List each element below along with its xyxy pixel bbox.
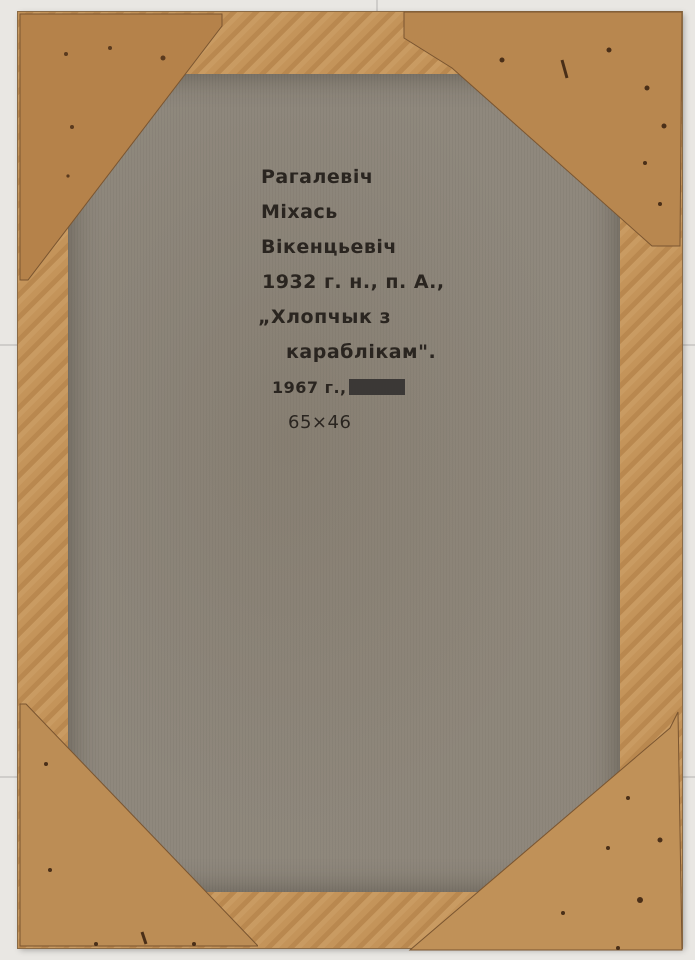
artist-surname: Рагалевіч	[261, 160, 445, 195]
artist-first-name: Міхась	[261, 195, 445, 230]
corner-key-bottom-left	[18, 700, 258, 948]
title-line-2: караблікам".	[286, 335, 445, 370]
dimensions-text: 65×46	[288, 405, 445, 440]
year-text: 1967 г.,	[272, 378, 347, 397]
artist-birth-info: 1932 г. н., п. А.,	[262, 265, 445, 300]
artist-patronymic: Вікенцьевіч	[261, 230, 445, 265]
year-line: 1967 г.,	[272, 370, 445, 405]
corner-key-bottom-right	[408, 708, 684, 952]
title-line-1: „Хлопчык з	[258, 300, 445, 335]
corner-key-top-left	[18, 12, 224, 282]
handwritten-inscription: Рагалевіч Міхась Вікенцьевіч 1932 г. н.,…	[258, 160, 445, 440]
redacted-block	[349, 379, 405, 395]
